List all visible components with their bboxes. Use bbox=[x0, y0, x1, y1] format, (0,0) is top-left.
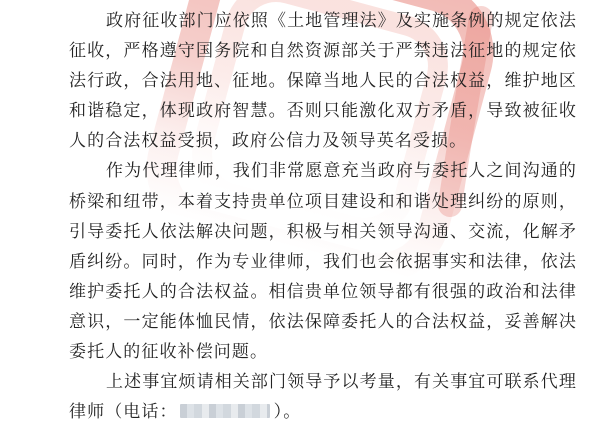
text-line: 引导委托人依法解决问题，积极与相关领导沟通、交流，化解矛 bbox=[69, 217, 577, 247]
text-line: 和谐稳定，体现政府智慧。否则只能激化双方矛盾，导致被征收 bbox=[69, 96, 577, 126]
text-line: 维护委托人的合法权益。相信贵单位领导都有很强的政治和法律 bbox=[69, 277, 577, 307]
contact-line-suffix: ）。 bbox=[274, 402, 302, 421]
text-line: 意识，一定能体恤民情，依法保障委托人的合法权益，妥善解决 bbox=[69, 307, 577, 337]
text-line: 上述事宜烦请相关部门领导予以考量，有关事宜可联系代理 bbox=[69, 367, 577, 397]
text-line: 政府征收部门应依照《土地管理法》及实施条例的规定依法 bbox=[69, 6, 577, 36]
text-line: 委托人的征收补偿问题。 bbox=[69, 337, 577, 367]
text-line: 征收，严格遵守国务院和自然资源部关于严禁违法征地的规定依 bbox=[69, 36, 577, 66]
text-line: 桥梁和纽带，本着支持贵单位项目建设和和谐处理纠纷的原则， bbox=[69, 187, 577, 217]
text-line: 人的合法权益受损，政府公信力及领导英名受损。 bbox=[69, 126, 577, 156]
contact-line-prefix: 律师（电话： bbox=[69, 402, 178, 421]
text-line: 法行政，合法用地、征地。保障当地人民的合法权益，维护地区 bbox=[69, 66, 577, 96]
redacted-phone-number bbox=[180, 404, 270, 418]
letter-body: 政府征收部门应依照《土地管理法》及实施条例的规定依法 征收，严格遵守国务院和自然… bbox=[69, 6, 577, 427]
document-page: 政府征收部门应依照《土地管理法》及实施条例的规定依法 征收，严格遵守国务院和自然… bbox=[0, 0, 600, 433]
text-line: 盾纠纷。同时，作为专业律师，我们也会依据事实和法律，依法 bbox=[69, 247, 577, 277]
paragraph-3: 上述事宜烦请相关部门领导予以考量，有关事宜可联系代理 律师（电话：）。 bbox=[69, 367, 577, 427]
text-line contact-line: 律师（电话：）。 bbox=[69, 397, 577, 427]
paragraph-1: 政府征收部门应依照《土地管理法》及实施条例的规定依法 征收，严格遵守国务院和自然… bbox=[69, 6, 577, 156]
text-line: 作为代理律师，我们非常愿意充当政府与委托人之间沟通的 bbox=[69, 156, 577, 186]
paragraph-2: 作为代理律师，我们非常愿意充当政府与委托人之间沟通的 桥梁和纽带，本着支持贵单位… bbox=[69, 156, 577, 367]
